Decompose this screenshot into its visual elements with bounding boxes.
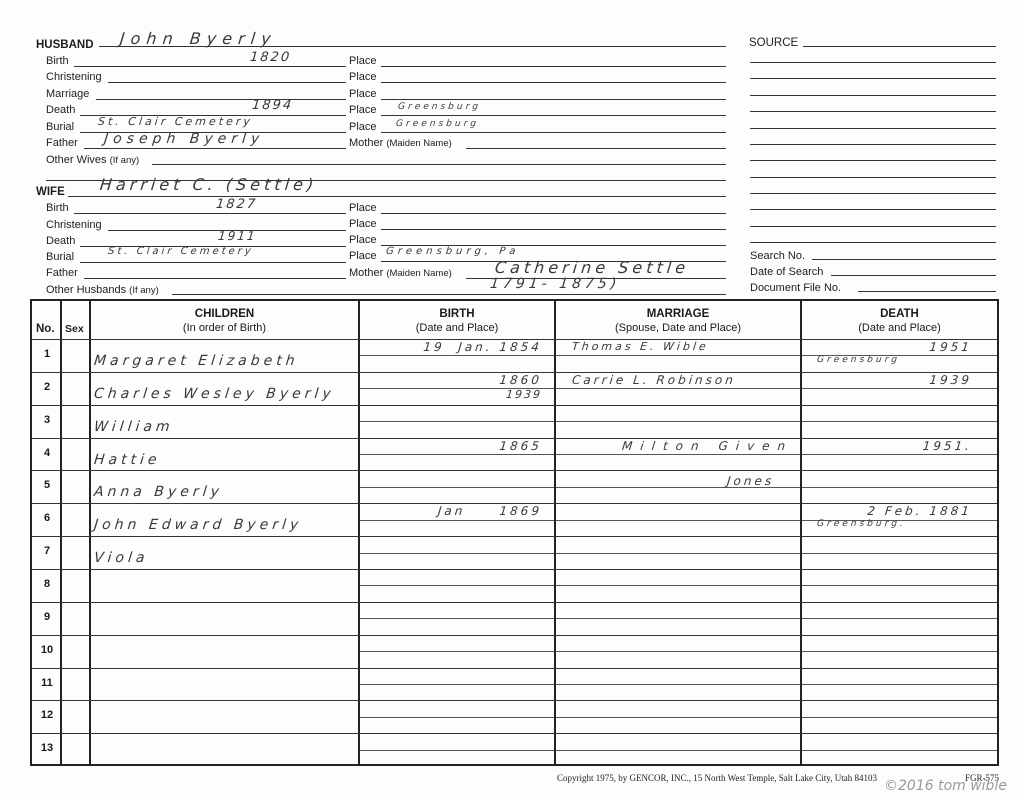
wife-label: WIFE [36, 186, 65, 198]
source-line[interactable] [803, 46, 996, 47]
row-number: 8 [32, 578, 62, 590]
row-divider [32, 602, 997, 603]
child-birth-field[interactable]: 19 Jan. 1854 [371, 340, 542, 354]
wife-christening-label: Christening [46, 219, 102, 231]
cell-subline [556, 651, 800, 652]
cell-subline [802, 388, 997, 389]
cell-subline [360, 684, 554, 685]
cell-subline [802, 651, 997, 652]
wife-mother-dates[interactable]: 1791- 1875) [489, 276, 621, 292]
child-name-field[interactable]: Margaret Elizabeth [93, 353, 299, 369]
col-divider [554, 301, 556, 764]
header-children-sub: (In order of Birth) [91, 322, 358, 334]
child-marriage-field[interactable]: Carrie L. Robinson [571, 373, 792, 387]
row-divider [32, 668, 997, 669]
row-number: 9 [32, 611, 62, 623]
search-no-field[interactable] [812, 259, 996, 260]
husband-other-wives-label: Other Wives (If any) [46, 154, 139, 167]
child-name-field[interactable]: William [93, 419, 174, 435]
cell-subline [802, 717, 997, 718]
row-divider [32, 635, 997, 636]
cell-subline [556, 585, 800, 586]
wife-mother-sub: (Maiden Name) [386, 268, 451, 279]
wife-death-place-label: Place [349, 234, 377, 246]
husband-burial-place-field[interactable]: Greensburg [395, 119, 479, 129]
child-name-field[interactable]: Viola [93, 550, 149, 566]
wife-birth-field[interactable]: 1827 [215, 197, 258, 212]
child-marriage-field[interactable]: Thomas E. Wible [571, 340, 792, 353]
row-divider [32, 700, 997, 701]
source-label: SOURCE [749, 37, 798, 49]
cell-subline [556, 717, 800, 718]
wife-mother-label: Mother (Maiden Name) [349, 267, 452, 280]
row-divider [32, 536, 997, 537]
col-divider [358, 301, 360, 764]
cell-subline [360, 553, 554, 554]
cell-subline [360, 585, 554, 586]
search-no-label: Search No. [750, 250, 805, 262]
cell-subline [556, 553, 800, 554]
header-marriage: MARRIAGE [556, 308, 800, 320]
watermark: ©2016 tom wible [884, 778, 1007, 794]
wife-other-husbands-label: Other Husbands (If any) [46, 284, 159, 297]
row-number: 1 [32, 348, 62, 360]
cell-subline [802, 454, 997, 455]
wife-burial-field[interactable]: St. Clair Cemetery [107, 246, 254, 257]
cell-subline [556, 520, 800, 521]
cell-subline [556, 355, 800, 356]
cell-subline [360, 454, 554, 455]
cell-subline [556, 618, 800, 619]
row-number: 11 [32, 677, 62, 689]
child-death-field[interactable]: 1951. [811, 439, 972, 453]
cell-subline [802, 553, 997, 554]
col-divider [800, 301, 802, 764]
child-name-field[interactable]: John Edward Byerly [93, 517, 303, 533]
child-death-field[interactable]: 2 Feb. 1881 [811, 504, 972, 518]
date-of-search-label: Date of Search [750, 266, 823, 278]
cell-subline [802, 421, 997, 422]
cell-subline [556, 388, 800, 389]
cell-subline [360, 355, 554, 356]
header-birth-sub: (Date and Place) [360, 322, 554, 334]
cell-subline [556, 421, 800, 422]
wife-birth-label: Birth [46, 202, 69, 214]
child-name-field[interactable]: Hattie [93, 452, 161, 468]
wife-other-husbands-text: Other Husbands [46, 284, 126, 296]
husband-name-field[interactable]: John Byerly [119, 29, 278, 48]
husband-father-field[interactable]: Joseph Byerly [103, 131, 265, 147]
row-number: 12 [32, 709, 62, 721]
husband-burial-place-label: Place [349, 121, 377, 133]
wife-birth-place-label: Place [349, 202, 377, 214]
child-birth-place-field[interactable]: 1939 [371, 388, 542, 401]
child-birth-field[interactable]: Jan 1869 [371, 504, 542, 518]
row-number: 13 [32, 742, 62, 754]
wife-name-field[interactable]: Harriet C. (Settle) [99, 175, 318, 194]
row-number: 3 [32, 414, 62, 426]
child-name-field[interactable]: Charles Wesley Byerly [93, 386, 335, 402]
wife-burial-place-field[interactable]: Greensburg, Pa [385, 246, 520, 257]
cell-subline [360, 618, 554, 619]
children-table: No. Sex CHILDREN (In order of Birth) BIR… [30, 299, 999, 766]
husband-label: HUSBAND [36, 39, 94, 51]
header-birth: BIRTH [360, 308, 554, 320]
row-number: 7 [32, 545, 62, 557]
child-death-place-field[interactable]: Greensburg. [816, 519, 977, 529]
husband-birth-place-label: Place [349, 55, 377, 67]
cell-subline [360, 487, 554, 488]
cell-subline [360, 750, 554, 751]
cell-subline [802, 585, 997, 586]
husband-mother-label: Mother (Maiden Name) [349, 137, 452, 150]
child-birth-field[interactable]: 1860 [371, 373, 542, 387]
husband-christening-label: Christening [46, 71, 102, 83]
child-birth-field[interactable]: 1865 [371, 439, 542, 453]
child-death-place-field[interactable]: Greensburg [816, 355, 977, 365]
row-number: 6 [32, 512, 62, 524]
header-no: No. [36, 323, 55, 335]
husband-christening-place-label: Place [349, 71, 377, 83]
husband-mother-label-text: Mother [349, 137, 383, 149]
husband-birth-field[interactable]: 1820 [249, 50, 292, 65]
husband-marriage-place-label: Place [349, 88, 377, 100]
husband-marriage-label: Marriage [46, 88, 89, 100]
row-divider [32, 405, 997, 406]
husband-death-field[interactable]: 1894 [251, 98, 294, 113]
cell-subline [802, 618, 997, 619]
child-marriage-field[interactable]: Milton Given [621, 439, 842, 453]
col-divider [89, 301, 91, 764]
header-children: CHILDREN [91, 308, 358, 320]
cell-subline [802, 684, 997, 685]
row-number: 10 [32, 644, 62, 656]
child-death-field[interactable]: 1939 [811, 373, 972, 387]
husband-burial-label: Burial [46, 121, 74, 133]
child-name-field[interactable]: Anna Byerly [93, 484, 223, 500]
row-number: 5 [32, 479, 62, 491]
wife-mother-label-text: Mother [349, 267, 383, 279]
copyright-text: Copyright 1975, by GENCOR, INC., 15 Nort… [557, 773, 877, 783]
col-divider [60, 301, 62, 764]
header-death-sub: (Date and Place) [802, 322, 997, 334]
wife-father-label: Father [46, 267, 78, 279]
husband-mother-sub: (Maiden Name) [386, 138, 451, 149]
wife-death-field[interactable]: 1911 [217, 229, 257, 243]
row-number: 4 [32, 447, 62, 459]
husband-death-place-label: Place [349, 104, 377, 116]
child-death-field[interactable]: 1951 [811, 340, 972, 354]
row-number: 2 [32, 381, 62, 393]
wife-death-label: Death [46, 235, 75, 247]
cell-subline [556, 750, 800, 751]
husband-other-wives-sub: (If any) [110, 155, 140, 166]
document-file-field[interactable] [858, 291, 996, 292]
cell-subline [360, 717, 554, 718]
husband-other-wives-text: Other Wives [46, 154, 107, 166]
row-divider [32, 470, 997, 471]
child-marriage-field[interactable]: Jones [726, 474, 947, 488]
wife-other-husbands-sub: (If any) [129, 285, 159, 296]
wife-burial-place-label: Place [349, 250, 377, 262]
document-file-label: Document File No. [750, 282, 841, 294]
wife-christening-place-label: Place [349, 218, 377, 230]
wife-mother-field[interactable]: Catherine Settle [494, 258, 690, 277]
cell-subline [802, 750, 997, 751]
cell-subline [556, 454, 800, 455]
husband-burial-field[interactable]: St. Clair Cemetery [97, 115, 253, 128]
cell-subline [360, 520, 554, 521]
cell-subline [556, 684, 800, 685]
husband-birth-label: Birth [46, 55, 69, 67]
date-of-search-field[interactable] [831, 275, 996, 276]
husband-father-label: Father [46, 137, 78, 149]
header-marriage-sub: (Spouse, Date and Place) [556, 322, 800, 334]
husband-death-place-field[interactable]: Greensburg [397, 102, 481, 112]
row-divider [32, 569, 997, 570]
cell-subline [360, 651, 554, 652]
row-divider [32, 733, 997, 734]
wife-burial-label: Burial [46, 251, 74, 263]
header-sex: Sex [65, 323, 84, 335]
cell-subline [360, 421, 554, 422]
header-death: DEATH [802, 308, 997, 320]
husband-death-label: Death [46, 104, 75, 116]
